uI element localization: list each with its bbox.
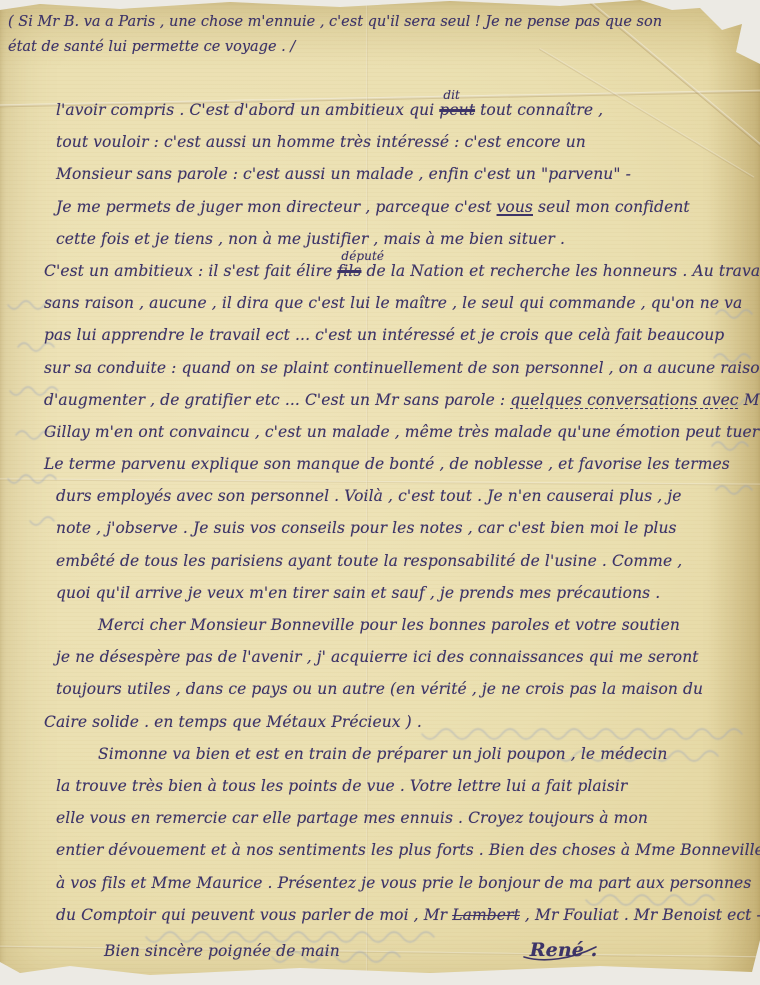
- line-text: , Mr Fouliat . Mr Benoist ect -..: [520, 906, 760, 924]
- struck-word: fils: [337, 262, 361, 280]
- body-line-17: Merci cher Monsieur Bonneville pour les …: [56, 616, 750, 648]
- body-line-21: Simonne va bien et est en train de prépa…: [56, 745, 750, 777]
- body-line-19: toujours utiles , dans ce pays ou un aut…: [56, 680, 750, 712]
- body-line-20: Caire solide . en temps que Métaux Préci…: [44, 713, 750, 745]
- body-line-11: Gillay m'en ont convaincu , c'est un mal…: [44, 423, 750, 455]
- line-text: Mr: [739, 391, 760, 409]
- body-line-14: note , j'observe . Je suis vos conseils …: [56, 519, 750, 551]
- body-line-24: entier dévouement et à nos sentiments le…: [56, 841, 750, 873]
- struck-name: Lambert: [452, 906, 520, 924]
- line-text: tout connaître ,: [475, 101, 603, 119]
- body-line-13: durs employés avec son personnel . Voilà…: [56, 487, 750, 519]
- line-text: d'augmenter , de gratifier etc ... C'est…: [44, 391, 510, 409]
- line-text: Je me permets de juger mon directeur , p…: [56, 198, 497, 216]
- body-line-23: elle vous en remercie car elle partage m…: [56, 809, 750, 841]
- line-text: C'est un ambitieux : il s'est fait élire: [44, 262, 337, 280]
- body-line-18: je ne désespère pas de l'avenir , j' acq…: [56, 648, 750, 680]
- body-line-22: la trouve très bien à tous les points de…: [56, 777, 750, 809]
- body-line-4: Je me permets de juger mon directeur , p…: [56, 198, 750, 230]
- letter-paper-sheet: ( Si Mr B. va a Paris , une chose m'ennu…: [0, 0, 760, 985]
- body-line-8: pas lui apprendre le travail ect ... c'e…: [44, 326, 750, 358]
- closing-phrase: Bien sincère poignée de main: [56, 942, 340, 960]
- body-line-25: à vos fils et Mme Maurice . Présentez je…: [56, 874, 750, 906]
- top-note-line-1: ( Si Mr B. va a Paris , une chose m'ennu…: [8, 10, 752, 35]
- signature-flourish: [522, 943, 602, 965]
- closing-row: Bien sincère poignée de main René .: [56, 939, 750, 973]
- body-line-5: cette fois et je tiens , non à me justif…: [56, 230, 750, 262]
- dash-underlined-words: quelques conversations avec: [510, 391, 738, 409]
- correction-word-above: député: [341, 249, 384, 263]
- top-margin-note: ( Si Mr B. va a Paris , une chose m'ennu…: [8, 10, 752, 60]
- body-line-26: du Comptoir qui peuvent vous parler de m…: [56, 906, 750, 938]
- line-text: seul mon confident: [533, 198, 690, 216]
- body-line-6: C'est un ambitieux : il s'est fait élire…: [44, 262, 750, 294]
- line-text: du Comptoir qui peuvent vous parler de m…: [56, 906, 452, 924]
- correction: peutdit: [439, 101, 475, 119]
- body-line-1: l'avoir compris . C'est d'abord un ambit…: [56, 101, 750, 133]
- correction-word-above: dit: [443, 88, 460, 102]
- body-line-15: embêté de tous les parisiens ayant toute…: [56, 552, 750, 584]
- body-line-10: d'augmenter , de gratifier etc ... C'est…: [44, 391, 750, 423]
- body-line-3: Monsieur sans parole : c'est aussi un ma…: [56, 165, 750, 197]
- line-text: de la Nation et recherche les honneurs .…: [361, 262, 760, 280]
- letter-body: l'avoir compris . C'est d'abord un ambit…: [56, 101, 750, 973]
- line-text: l'avoir compris . C'est d'abord un ambit…: [56, 101, 439, 119]
- struck-word: peut: [439, 101, 475, 119]
- body-line-7: sans raison , aucune , il dira que c'est…: [44, 294, 750, 326]
- top-note-line-2: état de santé lui permette ce voyage . /: [8, 35, 752, 60]
- body-line-9: sur sa conduite : quand on se plaint con…: [44, 359, 750, 391]
- correction: filsdéputé: [337, 262, 361, 280]
- signature: René .: [530, 939, 598, 961]
- body-line-2: tout vouloir : c'est aussi un homme très…: [56, 133, 750, 165]
- body-line-16: quoi qu'il arrive je veux m'en tirer sai…: [56, 584, 750, 616]
- body-line-12: Le terme parvenu explique son manque de …: [44, 455, 750, 487]
- underlined-word: vous: [497, 198, 533, 216]
